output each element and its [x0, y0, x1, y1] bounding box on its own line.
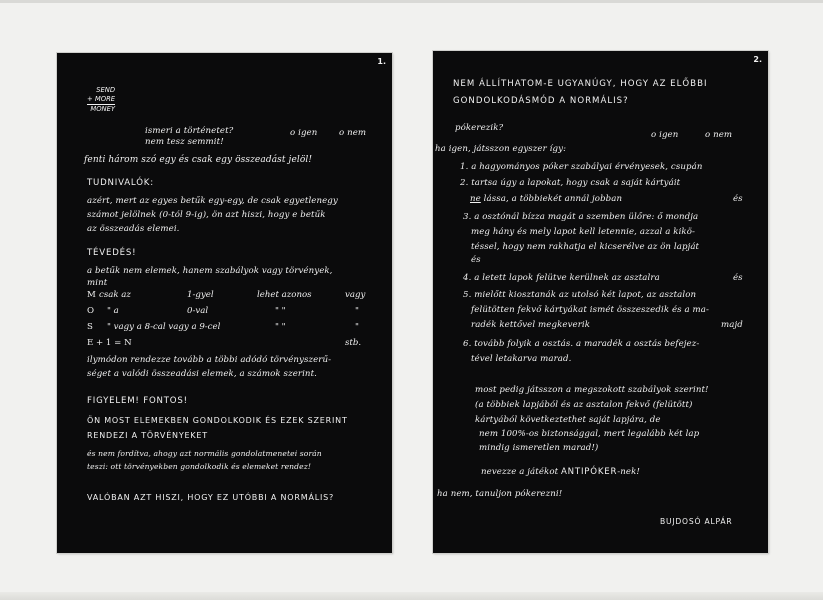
now-line-4: nem 100%-os biztonsággal, mert legalább … — [479, 429, 699, 439]
if-yes-text: ha igen, játsszon egyszer így: — [435, 144, 566, 154]
rule-6-line-2: tével letakarva marad. — [471, 354, 571, 364]
poker-question: pókerezik? — [455, 123, 503, 133]
attention-heading: FIGYELEM! FONTOS! — [87, 396, 188, 406]
antipoker-word: ANTIPÓKER — [561, 467, 617, 477]
option-yes: o igen — [651, 130, 678, 140]
tudnivalok-line-3: az összeadás elemei. — [87, 224, 180, 234]
table-cell: S — [87, 322, 93, 332]
rule-4: 4. a letett lapok felütve kerülnek az as… — [463, 273, 660, 283]
table-cell: " — [355, 306, 359, 316]
table-cell: " — [355, 322, 359, 332]
rule-6-line-1: 6. tovább folyik a osztás. a maradék a o… — [463, 339, 699, 349]
caps-line-2: RENDEZI A TÖRVÉNYEKET — [87, 431, 208, 440]
sheet-page-2: 2. NEM ÁLLÍTHATOM-E UGYANÚGY, HOGY AZ EL… — [433, 51, 768, 553]
sheet-page-1: 1. SEND + MORE MONEY ismeri a történetet… — [57, 53, 392, 553]
rule-5-line-2: felütötten fekvő kártyákat ismét összesz… — [471, 305, 709, 315]
final-question: VALÓBAN AZT HISZI, HOGY EZ UTÓBBI A NORM… — [87, 493, 334, 502]
puzzle-send: SEND — [87, 86, 115, 95]
table-cell: csak az — [99, 290, 131, 300]
table-cell: " vagy a 8-cal vagy a 9-cel — [107, 322, 220, 332]
heading-tevedes: TÉVEDÉS! — [87, 248, 136, 258]
signature: BUJDOSÓ ALPÁR — [660, 517, 732, 526]
table-row: S " vagy a 8-cal vagy a 9-cel " " " — [87, 322, 377, 338]
question-text: ismeri a történetet? — [145, 126, 233, 136]
rule-5-line-1: 5. mielőtt kiosztanák az utolsó két lapo… — [463, 290, 696, 300]
rule-3-line-2: meg hány és mely lapot kell letennie, az… — [471, 227, 695, 237]
title-line-2: GONDOLKODÁSMÓD A NORMÁLIS? — [453, 96, 629, 106]
now-line-3: kártyából következtethet saját lapjára, … — [475, 415, 661, 425]
rule-2-rest: lássa, a többiekét annál jobban — [481, 194, 622, 204]
rule-5-majd: majd — [721, 320, 743, 330]
table-cell: vagy — [345, 290, 365, 300]
rule-2-es: és — [733, 194, 743, 204]
rule-1: 1. a hagyományos póker szabályai érvénye… — [460, 162, 702, 172]
now-line-5: mindig ismeretlen marad!) — [479, 443, 598, 453]
option-yes: o igen — [290, 128, 317, 138]
table-cell: E + 1 = N — [87, 338, 132, 348]
if-no-text: ha nem, tanuljon pókerezni! — [437, 489, 562, 499]
table-cell: " " — [275, 306, 286, 316]
table-cell: 0-val — [187, 306, 208, 316]
title-line-1: NEM ÁLLÍTHATOM-E UGYANÚGY, HOGY AZ ELŐBB… — [453, 79, 708, 89]
table-row: O " a 0-val " " " — [87, 306, 377, 322]
tevedes-line-1: a betűk nem elemek, hanem szabályok vagy… — [87, 266, 333, 276]
rule-3-line-3: téssel, hogy nem rakhatja el kicserélve … — [471, 242, 699, 252]
table-cell: lehet azonos — [257, 290, 312, 300]
option-no: o nem — [705, 130, 732, 140]
name-game-suffix: -nek! — [617, 467, 640, 477]
no-matter-text: nem tesz semmit! — [145, 137, 224, 147]
now-line-2: (a többiek lapjából és az asztalon fekvő… — [475, 400, 693, 410]
name-the-game: nevezze a játékot ANTIPÓKER-nek! — [481, 467, 640, 477]
ne-underlined: ne — [470, 194, 481, 204]
reverse-line-1: és nem fordítva, ahogy azt normális gond… — [87, 449, 322, 458]
tevedes-line-2: mint — [87, 278, 107, 288]
option-no: o nem — [339, 128, 366, 138]
table-cell: stb. — [345, 338, 361, 348]
table-cell: 1-gyel — [187, 290, 214, 300]
caps-line-1: ÖN MOST ELEMEKBEN GONDOLKODIK ÉS EZEK SZ… — [87, 416, 348, 425]
rule-5-line-3: radék kettővel megkeverik — [471, 320, 590, 330]
table-cell: O — [87, 306, 94, 316]
puzzle-more: + MORE — [87, 95, 115, 104]
now-line-1: most pedig játsszon a megszokott szabály… — [475, 385, 709, 395]
reverse-line-2: teszi: ott törvényekben gondolkodik és e… — [87, 462, 311, 471]
intro-text: fenti három szó egy és csak egy összeadá… — [84, 155, 312, 165]
rule-2-line-2: ne lássa, a többiekét annál jobban — [470, 194, 622, 204]
table-cell: M — [87, 290, 96, 300]
rule-3-line-1: 3. a osztónál bízza magát a szemben ülőr… — [463, 212, 698, 222]
rule-2-line-1: 2. tartsa úgy a lapokat, hogy csak a saj… — [460, 178, 680, 188]
frame-bottom-edge — [0, 592, 823, 600]
frame-top-edge — [0, 0, 823, 3]
heading-tudnivalok: TUDNIVALÓK: — [87, 178, 154, 188]
letter-rules-table: M csak az 1-gyel lehet azonos vagy O " a… — [87, 290, 377, 354]
rule-line-1: ilymódon rendezze tovább a többi adódó t… — [87, 355, 331, 365]
page-number: 2. — [753, 55, 762, 64]
name-game-prefix: nevezze a játékot — [481, 467, 558, 477]
table-row: E + 1 = N stb. — [87, 338, 377, 354]
tudnivalok-line-2: számot jelölnek (0-tól 9-ig), ön azt his… — [87, 210, 326, 220]
rule-3-es: és — [471, 255, 481, 265]
table-cell: " a — [107, 306, 119, 316]
tudnivalok-line-1: azért, mert az egyes betűk egy-egy, de c… — [87, 196, 338, 206]
page-number: 1. — [377, 57, 386, 66]
send-more-money-puzzle: SEND + MORE MONEY — [87, 86, 115, 114]
table-row: M csak az 1-gyel lehet azonos vagy — [87, 290, 377, 306]
table-cell: " " — [275, 322, 286, 332]
rule-line-2: séget a valódi összeadási elemek, a szám… — [87, 369, 317, 379]
rule-4-es: és — [733, 273, 743, 283]
puzzle-money: MONEY — [87, 104, 115, 114]
